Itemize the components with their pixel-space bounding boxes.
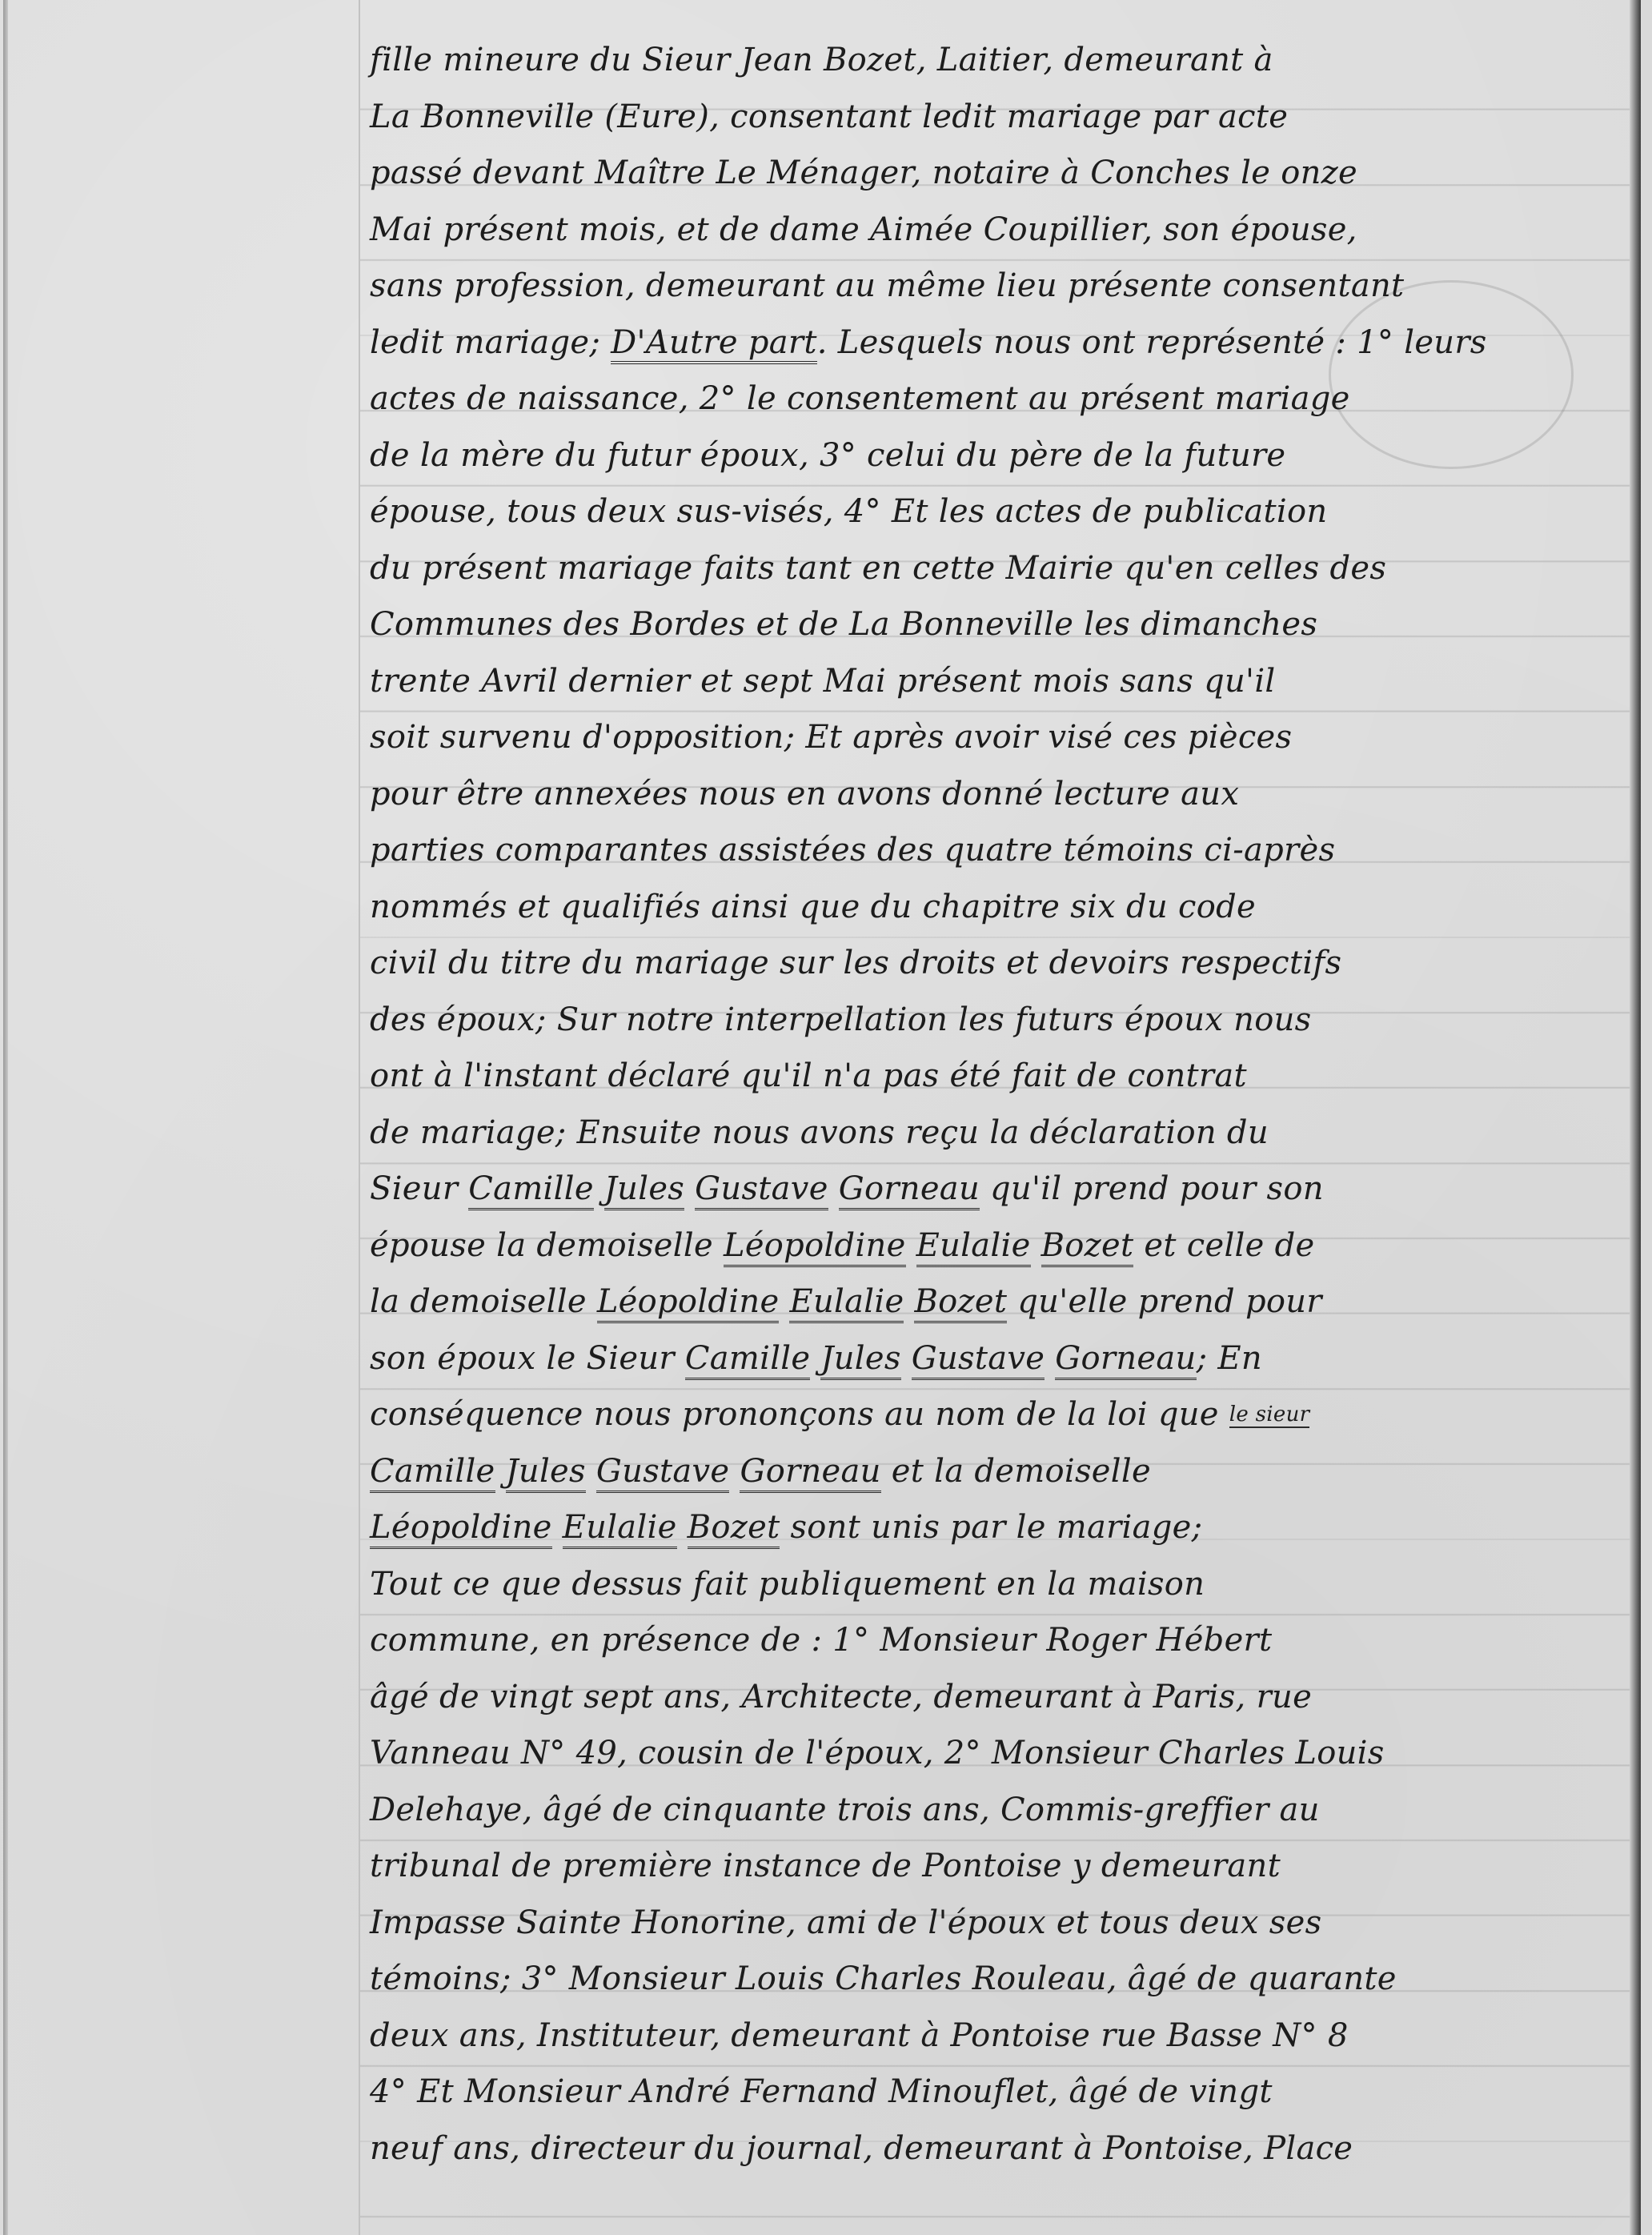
text-line: 4° Et Monsieur André Fernand Minouflet, …: [370, 2064, 1626, 2121]
text-line: parties comparantes assistées des quatre…: [370, 822, 1626, 879]
text-line: Vanneau N° 49, cousin de l'époux, 2° Mon…: [370, 1725, 1626, 1782]
text-segment: [810, 1340, 820, 1377]
text-line: commune, en présence de : 1° Monsieur Ro…: [370, 1612, 1626, 1669]
text-segment: deux ans, Instituteur, demeurant à Ponto…: [370, 2017, 1349, 2054]
text-line: pour être annexées nous en avons donné l…: [370, 766, 1626, 823]
text-segment: civil du titre du mariage sur les droits…: [370, 945, 1341, 981]
underlined-name: Eulalie: [916, 1227, 1031, 1267]
text-segment: Tout ce que dessus fait publiquement en …: [370, 1566, 1205, 1603]
text-line: Mai présent mois, et de dame Aimée Coupi…: [370, 202, 1626, 259]
text-segment: [677, 1509, 688, 1546]
text-segment: [1045, 1340, 1055, 1377]
underlined-name: Gustave: [695, 1170, 828, 1210]
text-segment: âgé de vingt sept ans, Architecte, demeu…: [370, 1679, 1312, 1715]
text-segment: [904, 1283, 914, 1320]
text-line: soit survenu d'opposition; Et après avoi…: [370, 709, 1626, 766]
text-line: deux ans, Instituteur, demeurant à Ponto…: [370, 2008, 1626, 2064]
handwritten-text-body: fille mineure du Sieur Jean Bozet, Laiti…: [370, 32, 1626, 2177]
text-line: Delehaye, âgé de cinquante trois ans, Co…: [370, 1782, 1626, 1839]
text-segment: La Bonneville (Eure), consentant ledit m…: [370, 98, 1288, 135]
text-line: âgé de vingt sept ans, Architecte, demeu…: [370, 1669, 1626, 1726]
text-segment: et la demoiselle: [881, 1453, 1151, 1490]
text-segment: qu'elle prend pour: [1007, 1283, 1321, 1320]
text-segment: [1031, 1227, 1041, 1264]
text-segment: [828, 1170, 839, 1207]
text-line: nommés et qualifiés ainsi que du chapitr…: [370, 879, 1626, 936]
underlined-name: Jules: [604, 1170, 684, 1210]
text-segment: sans profession, demeurant au même lieu …: [370, 267, 1404, 304]
text-segment: pour être annexées nous en avons donné l…: [370, 776, 1239, 813]
text-segment: Impasse Sainte Honorine, ami de l'époux …: [370, 1904, 1321, 1941]
text-segment: qu'il prend pour son: [980, 1170, 1324, 1207]
text-segment: de mariage; Ensuite nous avons reçu la d…: [370, 1114, 1269, 1151]
underlined-name: Léopoldine: [370, 1509, 552, 1549]
text-segment: fille mineure du Sieur Jean Bozet, Laiti…: [370, 42, 1273, 78]
text-segment: tribunal de première instance de Pontois…: [370, 1848, 1281, 1884]
text-segment: [594, 1170, 604, 1207]
text-segment: Vanneau N° 49, cousin de l'époux, 2° Mon…: [370, 1735, 1385, 1772]
text-line: Tout ce que dessus fait publiquement en …: [370, 1556, 1626, 1613]
text-segment: épouse, tous deux sus-visés, 4° Et les a…: [370, 493, 1327, 530]
underlined-name: Eulalie: [789, 1283, 904, 1323]
underlined-name: Jules: [506, 1453, 586, 1493]
underlined-name: Gorneau: [839, 1170, 980, 1210]
text-segment: commune, en présence de : 1° Monsieur Ro…: [370, 1622, 1272, 1659]
text-segment: 4° Et Monsieur André Fernand Minouflet, …: [370, 2073, 1273, 2110]
document-page: fille mineure du Sieur Jean Bozet, Laiti…: [0, 0, 1641, 2235]
text-segment: et celle de: [1133, 1227, 1314, 1264]
text-segment: [729, 1453, 740, 1490]
text-segment: Sieur: [370, 1170, 468, 1207]
underlined-name: Eulalie: [563, 1509, 677, 1549]
text-line: La Bonneville (Eure), consentant ledit m…: [370, 89, 1626, 146]
underlined-name: Léopoldine: [597, 1283, 780, 1323]
text-line: sans profession, demeurant au même lieu …: [370, 258, 1626, 315]
underlined-name: Camille: [685, 1340, 811, 1380]
text-line: Camille Jules Gustave Gorneau et la demo…: [370, 1443, 1626, 1500]
text-line: de la mère du futur époux, 3° celui du p…: [370, 427, 1626, 484]
text-line: épouse la demoiselle Léopoldine Eulalie …: [370, 1218, 1626, 1274]
text-segment: passé devant Maître Le Ménager, notaire …: [370, 154, 1357, 191]
text-line: civil du titre du mariage sur les droits…: [370, 935, 1626, 992]
text-segment: [495, 1453, 506, 1490]
text-segment: son époux le Sieur: [370, 1340, 685, 1377]
text-line: neuf ans, directeur du journal, demeuran…: [370, 2121, 1626, 2177]
text-line: des époux; Sur notre interpellation les …: [370, 992, 1626, 1049]
text-segment: Communes des Bordes et de La Bonneville …: [370, 606, 1317, 643]
interlinear-annotation: le sieur: [1229, 1402, 1310, 1428]
underlined-name: Camille: [468, 1170, 594, 1210]
text-segment: du présent mariage faits tant en cette M…: [370, 550, 1386, 587]
text-segment: soit survenu d'opposition; Et après avoi…: [370, 719, 1292, 756]
underlined-name: Bozet: [688, 1509, 780, 1549]
text-line: son époux le Sieur Camille Jules Gustave…: [370, 1330, 1626, 1387]
text-line: conséquence nous prononçons au nom de la…: [370, 1386, 1626, 1443]
text-segment: trente Avril dernier et sept Mai présent…: [370, 663, 1276, 700]
text-segment: nommés et qualifiés ainsi que du chapitr…: [370, 889, 1256, 925]
text-line: actes de naissance, 2° le consentement a…: [370, 371, 1626, 427]
text-segment: actes de naissance, 2° le consentement a…: [370, 380, 1350, 417]
text-segment: [906, 1227, 916, 1264]
text-line: épouse, tous deux sus-visés, 4° Et les a…: [370, 484, 1626, 540]
text-line: ledit mariage; D'Autre part. Lesquels no…: [370, 315, 1626, 371]
text-line: Léopoldine Eulalie Bozet sont unis par l…: [370, 1499, 1626, 1556]
text-line: fille mineure du Sieur Jean Bozet, Laiti…: [370, 32, 1626, 89]
text-segment: sont unis par le mariage;: [780, 1509, 1202, 1546]
text-segment: [901, 1340, 912, 1377]
text-line: témoins; 3° Monsieur Louis Charles Roule…: [370, 1951, 1626, 2008]
text-segment: [684, 1170, 695, 1207]
text-segment: ; En: [1197, 1340, 1262, 1377]
underlined-name: Léopoldine: [724, 1227, 906, 1267]
underlined-name: Jules: [820, 1340, 900, 1380]
text-segment: Delehaye, âgé de cinquante trois ans, Co…: [370, 1792, 1320, 1828]
text-line: la demoiselle Léopoldine Eulalie Bozet q…: [370, 1274, 1626, 1330]
text-line: du présent mariage faits tant en cette M…: [370, 540, 1626, 597]
text-line: Sieur Camille Jules Gustave Gorneau qu'i…: [370, 1161, 1626, 1218]
text-segment: ledit mariage;: [370, 324, 611, 361]
text-segment: Mai présent mois, et de dame Aimée Coupi…: [370, 211, 1357, 248]
text-line: Impasse Sainte Honorine, ami de l'époux …: [370, 1895, 1626, 1952]
text-line: tribunal de première instance de Pontois…: [370, 1838, 1626, 1895]
text-line: Communes des Bordes et de La Bonneville …: [370, 596, 1626, 653]
text-segment: [586, 1453, 596, 1490]
text-segment: la demoiselle: [370, 1283, 597, 1320]
text-line: passé devant Maître Le Ménager, notaire …: [370, 145, 1626, 202]
underlined-name: Gorneau: [740, 1453, 880, 1493]
text-segment: . Lesquels nous ont représenté : 1° leur…: [817, 324, 1487, 361]
underlined-name: Bozet: [1041, 1227, 1134, 1267]
page-right-edge: [1630, 0, 1641, 2235]
binding-edge: [3, 0, 8, 2235]
text-segment: [552, 1509, 563, 1546]
text-segment: ont à l'instant déclaré qu'il n'a pas ét…: [370, 1057, 1247, 1094]
underlined-name: Gorneau: [1055, 1340, 1196, 1380]
underlined-name: Bozet: [914, 1283, 1007, 1323]
text-segment: neuf ans, directeur du journal, demeuran…: [370, 2130, 1353, 2167]
text-line: ont à l'instant déclaré qu'il n'a pas ét…: [370, 1048, 1626, 1105]
underlined-name: Camille: [370, 1453, 495, 1493]
text-segment: témoins; 3° Monsieur Louis Charles Roule…: [370, 1960, 1397, 1997]
text-segment: conséquence nous prononçons au nom de la…: [370, 1396, 1229, 1433]
underlined-name: Gustave: [596, 1453, 730, 1493]
text-line: trente Avril dernier et sept Mai présent…: [370, 653, 1626, 710]
text-segment: épouse la demoiselle: [370, 1227, 724, 1264]
text-segment: des époux; Sur notre interpellation les …: [370, 1001, 1311, 1038]
text-line: de mariage; Ensuite nous avons reçu la d…: [370, 1105, 1626, 1162]
text-segment: parties comparantes assistées des quatre…: [370, 832, 1335, 869]
section-marker: D'Autre part: [611, 324, 817, 364]
text-segment: de la mère du futur époux, 3° celui du p…: [370, 437, 1285, 474]
underlined-name: Gustave: [912, 1340, 1045, 1380]
text-segment: [779, 1283, 789, 1320]
